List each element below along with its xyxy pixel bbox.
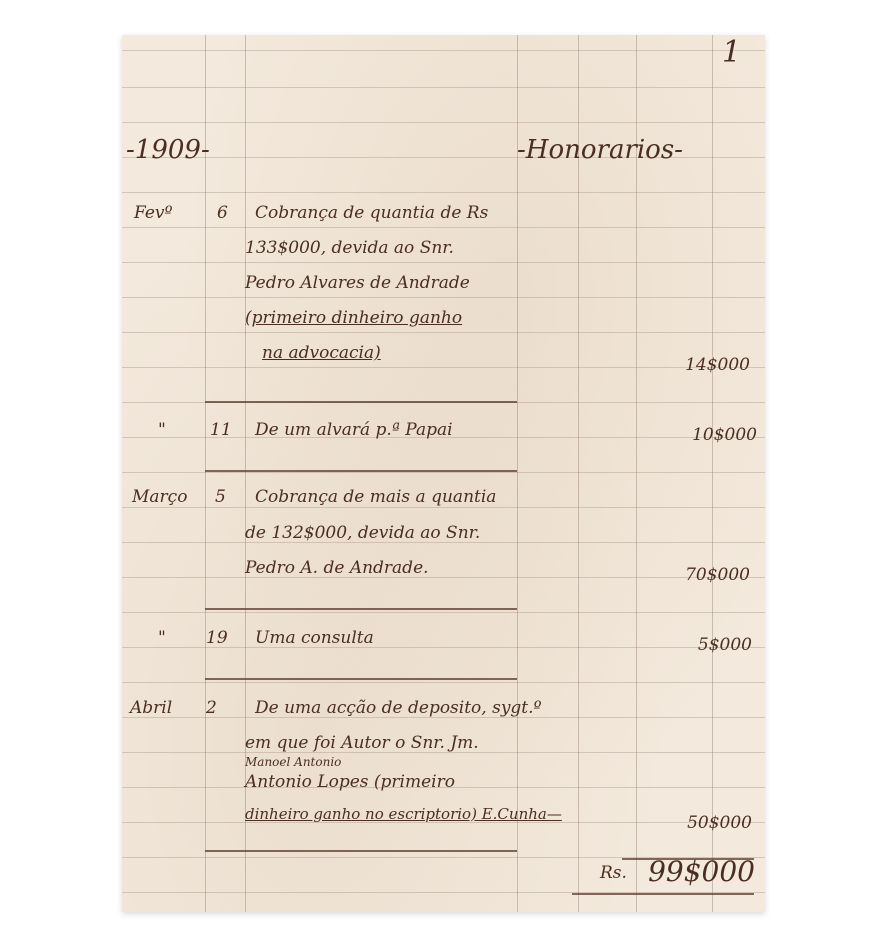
entry-amount: 5$000 — [642, 635, 752, 655]
interlinear-note: Manoel Antonio — [245, 755, 341, 769]
entry-day: 19 — [206, 628, 228, 648]
amount-column-rule-2 — [636, 35, 637, 912]
amount-column-rule-3 — [712, 35, 713, 912]
entry-month: " — [158, 420, 166, 440]
entry-amount: 70$000 — [640, 565, 750, 585]
total-currency-label: Rs. — [600, 863, 627, 883]
entry-line: Pedro A. de Andrade. — [245, 558, 429, 578]
entry-line: De uma acção de deposito, sygt.º — [255, 698, 542, 718]
year-heading: -1909- — [126, 135, 210, 165]
entry-separator — [205, 608, 517, 610]
entry-line: (primeiro dinheiro ganho — [245, 308, 462, 328]
entry-line: Antonio Lopes (primeiro — [245, 772, 455, 792]
entry-amount: 50$000 — [642, 813, 752, 833]
entry-line: Uma consulta — [255, 628, 374, 648]
entry-day: 2 — [206, 698, 217, 718]
entry-month: Março — [132, 487, 187, 507]
page-number: 1 — [722, 35, 741, 70]
amount-column-rule-1 — [578, 35, 579, 912]
entry-separator — [205, 850, 517, 852]
entry-line: Cobrança de mais a quantia — [255, 487, 496, 507]
entry-line: na advocacia) — [262, 343, 381, 363]
ledger-page: 1 -1909- -Honorarios- Fevº 6 Cobrança de… — [122, 35, 765, 912]
entry-amount: 14$000 — [640, 355, 750, 375]
entry-day: 11 — [210, 420, 232, 440]
entry-month: Fevº — [134, 203, 173, 223]
entry-amount: 10$000 — [647, 425, 757, 445]
total-amount: 99$000 — [640, 855, 755, 888]
entry-line: em que foi Autor o Snr. Jm. — [245, 733, 479, 753]
entry-line: dinheiro ganho no escriptorio) E.Cunha— — [245, 805, 562, 823]
entry-line: De um alvará p.ª Papai — [255, 420, 453, 440]
entry-line: Cobrança de quantia de Rs — [255, 203, 488, 223]
description-column-rule — [517, 35, 518, 912]
entry-line: Pedro Alvares de Andrade — [245, 273, 470, 293]
entry-day: 5 — [215, 487, 226, 507]
margin-rule — [205, 35, 206, 912]
entry-day: 6 — [217, 203, 228, 223]
entry-line: de 132$000, devida ao Snr. — [245, 523, 480, 543]
entry-month: " — [158, 628, 166, 648]
entry-separator — [205, 401, 517, 403]
total-rule-bottom — [572, 893, 754, 895]
entry-line: 133$000, devida ao Snr. — [245, 238, 454, 258]
entry-month: Abril — [130, 698, 172, 718]
entry-separator — [205, 470, 517, 472]
entry-separator — [205, 678, 517, 680]
section-heading: -Honorarios- — [517, 135, 683, 165]
